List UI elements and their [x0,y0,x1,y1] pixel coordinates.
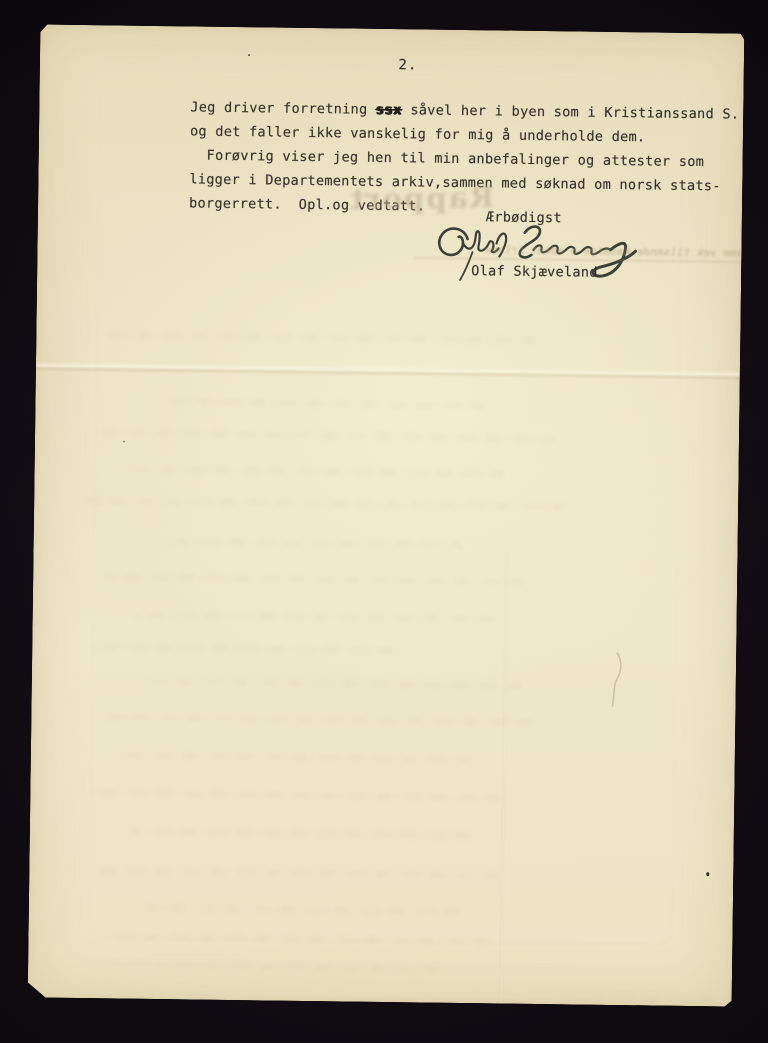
bleedthrough-smudge [99,867,499,879]
bleedthrough-smudge [103,573,523,585]
bleedthrough-smudge [125,466,505,478]
bleedthrough-smudge [158,962,438,973]
bleedthrough-smudge [101,713,531,726]
struck-out-word: ssx [376,102,402,118]
document-page: 2. Jeg driver forretning ssx såvel her i… [28,24,745,1006]
bleedthrough-smudge [155,398,485,409]
bleedthrough-smudge [142,678,522,690]
paper-speck [248,54,250,56]
bleedthrough-smudge [95,429,555,442]
page-number: 2. [56,53,760,78]
bleedthrough-smudge [164,538,464,549]
faint-pencil-mark [607,651,626,709]
horizontal-fold-crease [36,361,740,380]
line-1-post: såvel her i byen som i Kristianssand S. [402,102,740,122]
bleedthrough-smudge [90,789,500,801]
bleedthrough-smudge [594,994,714,1003]
bleedthrough-smudge [92,643,392,654]
scan-background: 2. Jeg driver forretning ssx såvel her i… [0,0,768,1043]
bleedthrough-smudge [84,497,564,510]
line-1-pre: Jeg driver forretning [190,99,376,117]
mirrored-stamp-bleedthrough: Rapport [324,180,494,216]
bleedthrough-smudge [139,904,459,915]
bleedthrough-smudge [108,933,488,945]
vertical-fold-crease [500,551,509,1004]
bleedthrough-smudge [133,611,493,623]
paper-speck [123,441,125,443]
typed-signature-name: Olaf Skjæveland [471,263,598,281]
bleedthrough-smudge [130,828,470,839]
bleedthrough-smudge [121,752,471,764]
bleedthrough-smudge [106,331,536,344]
paper-speck [706,872,709,876]
